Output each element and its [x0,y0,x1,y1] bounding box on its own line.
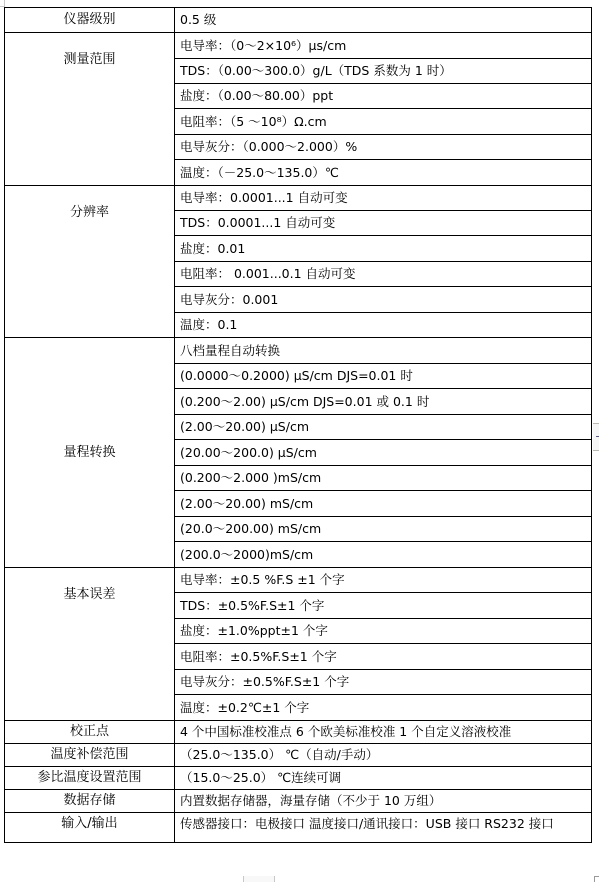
table-row-io: 输入/输出 传感器接口：电极接口 温度接口/通讯接口：USB 接口 RS232 … [5,813,592,843]
row-label: 基本误差 [5,568,175,721]
row-value: TDS：0.0001...1 自动可变 [175,211,592,236]
row-value: 八档量程自动转换 [175,338,592,364]
row-value: 电阻率： 0.001...0.1 自动可变 [175,262,592,287]
page-edge-mark [243,876,275,882]
row-label: 分辨率 [5,186,175,338]
row-value: 盐度：（0.00～80.00）ppt [175,84,592,109]
row-label: 温度补偿范围 [5,744,175,767]
row-label: 校正点 [5,721,175,744]
row-value: 0.5 级 [175,8,592,33]
row-label: 输入/输出 [5,813,175,843]
table-row-data-storage: 数据存储 内置数据存储器，海量存储（不少于 10 万组） [5,790,592,813]
row-value: 4 个中国标准校准点 6 个欧美标准校准 1 个自定义溶液校准 [175,721,592,744]
row-label: 数据存储 [5,790,175,813]
row-value: 电导率：±0.5 %F.S ±1 个字 [175,568,592,593]
table-row-basic-error: 基本误差 电导率：±0.5 %F.S ±1 个字 [5,568,592,593]
row-value: (0.200～2.00) μS/cm DJS=0.01 或 0.1 时 [175,389,592,415]
row-value: (20.00～200.0) μS/cm [175,440,592,466]
row-value: (0.200～2.000 )mS/cm [175,466,592,491]
side-collapse-handle[interactable] [593,423,599,451]
table-row-calibration: 校正点 4 个中国标准校准点 6 个欧美标准校准 1 个自定义溶液校准 [5,721,592,744]
row-value: 盐度：0.01 [175,236,592,262]
table-row-temp-compensation: 温度补偿范围 （25.0～135.0） ℃（自动/手动） [5,744,592,767]
row-value: （15.0～25.0） ℃连续可调 [175,767,592,790]
table-row-range-switch: 量程转换 八档量程自动转换 [5,338,592,364]
row-value: TDS：（0.00～300.0）g/L（TDS 系数为 1 时） [175,59,592,84]
row-value: (200.0～2000)mS/cm [175,542,592,568]
spec-table: 仪器级别 0.5 级 测量范围 电导率：（0～2×10⁶）μs/cm TDS：（… [4,7,592,843]
row-value: 电阻率：±0.5%F.S±1 个字 [175,644,592,670]
page-corner-mark-bottom [594,876,599,882]
row-value: 温度：±0.2℃±1 个字 [175,695,592,721]
row-value: 电导率：（0～2×10⁶）μs/cm [175,33,592,59]
row-label: 测量范围 [5,33,175,186]
row-value: TDS：±0.5%F.S±1 个字 [175,593,592,619]
row-label: 参比温度设置范围 [5,767,175,790]
table-row-reference-temp: 参比温度设置范围 （15.0～25.0） ℃连续可调 [5,767,592,790]
row-value: 电导灰分：0.001 [175,287,592,313]
row-value: 内置数据存储器，海量存储（不少于 10 万组） [175,790,592,813]
row-value: (2.00～20.00) mS/cm [175,491,592,517]
table-row-resolution: 分辨率 电导率：0.0001...1 自动可变 [5,186,592,211]
table-row-range: 测量范围 电导率：（0～2×10⁶）μs/cm [5,33,592,59]
table-row-grade: 仪器级别 0.5 级 [5,8,592,33]
row-value: 电导灰分：（0.000～2.000）% [175,135,592,160]
row-value: 温度：（－25.0～135.0）℃ [175,160,592,186]
row-value: (2.00～20.00) μS/cm [175,415,592,440]
row-value: 电导率：0.0001...1 自动可变 [175,186,592,211]
page-corner-mark [0,0,5,7]
row-value: 温度：0.1 [175,313,592,338]
row-value: 电导灰分：±0.5%F.S±1 个字 [175,670,592,695]
row-value: (20.0～200.00) mS/cm [175,517,592,542]
row-value: 盐度：±1.0%ppt±1 个字 [175,619,592,644]
row-label: 仪器级别 [5,8,175,33]
row-value: 传感器接口：电极接口 温度接口/通讯接口：USB 接口 RS232 接口 [175,813,592,843]
row-label: 量程转换 [5,338,175,568]
row-value: (0.0000～0.2000) μS/cm DJS=0.01 时 [175,364,592,389]
row-value: （25.0～135.0） ℃（自动/手动） [175,744,592,767]
row-value: 电阻率：（5 ～10⁸）Ω.cm [175,109,592,135]
